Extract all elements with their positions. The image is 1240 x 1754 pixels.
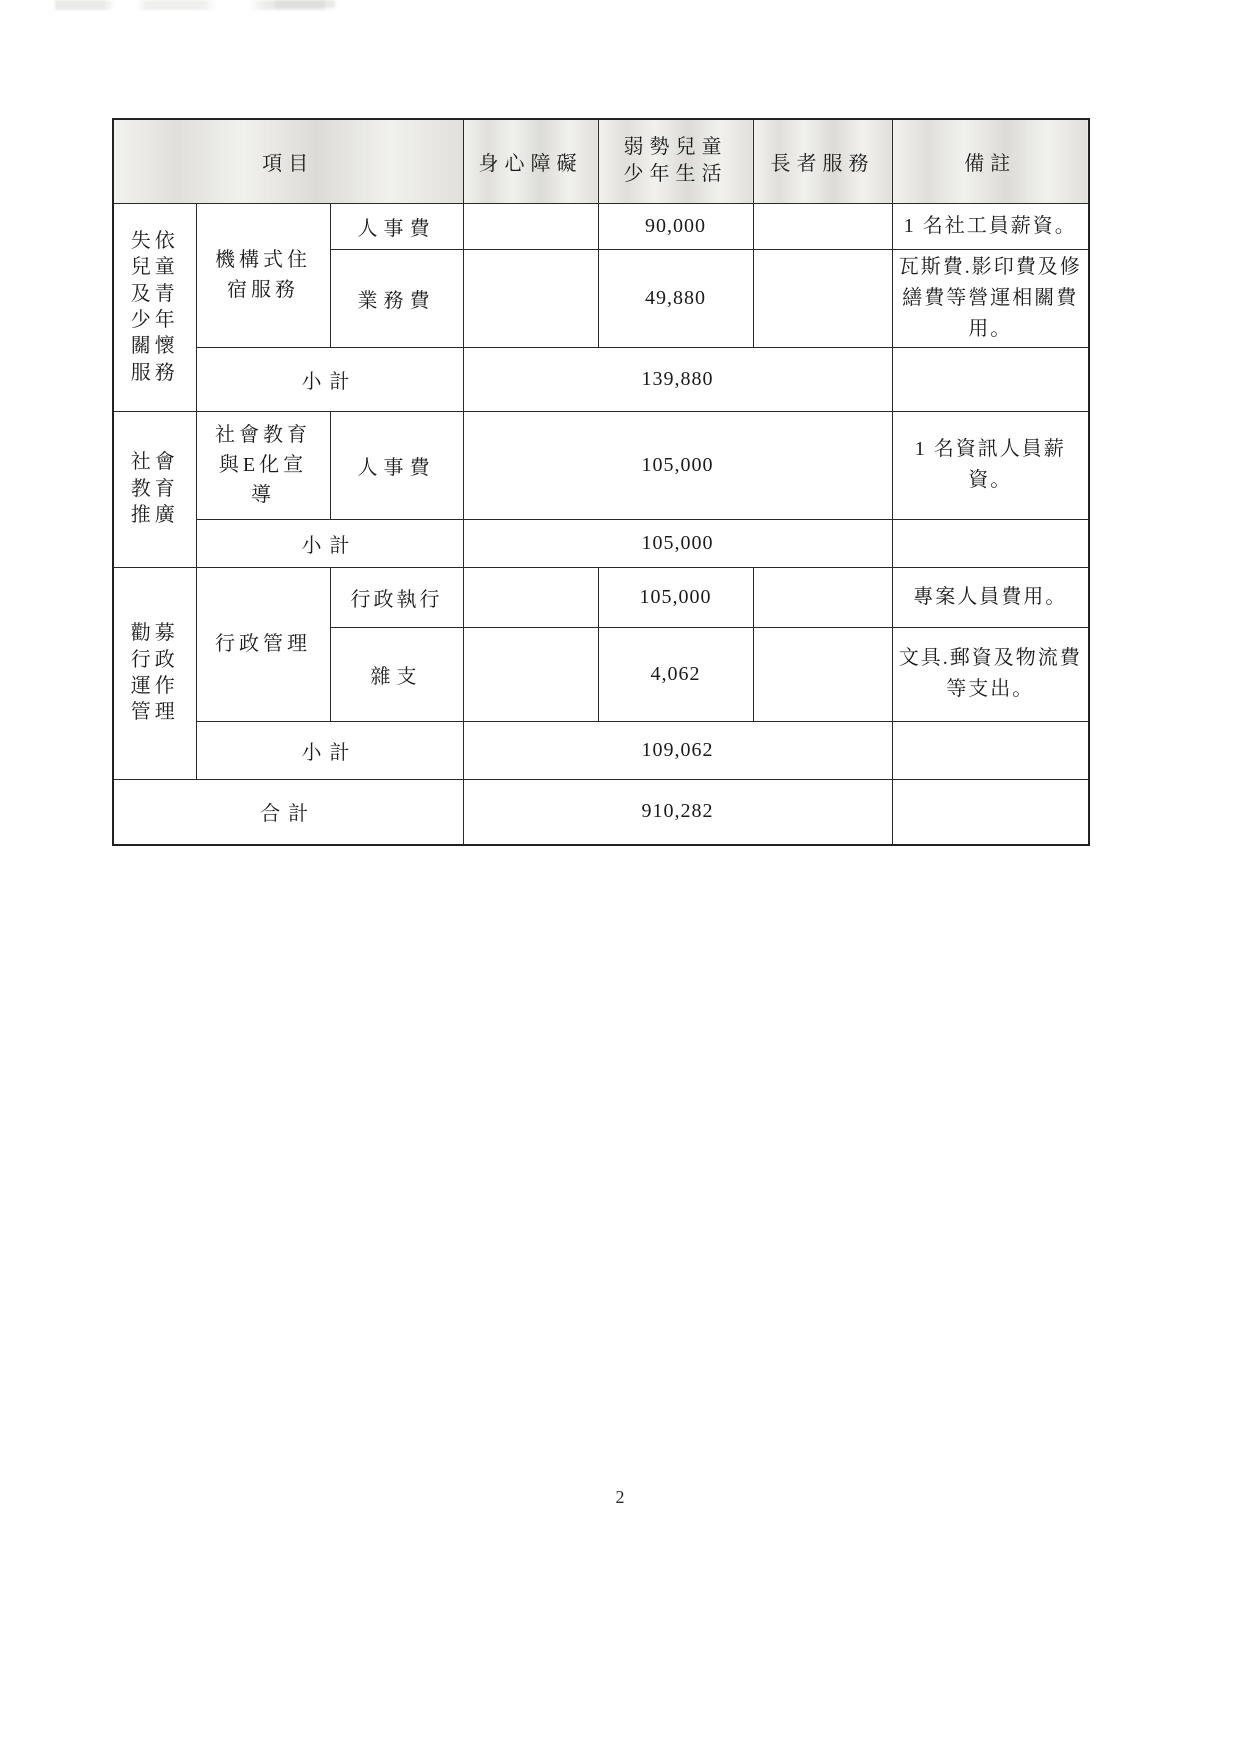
group3-label: 勸募 行政 運作 管理 <box>113 567 196 779</box>
group3-row2-remark: 文具.郵資及物流費等支出。 <box>892 627 1089 721</box>
header-row: 項目 身心障礙 弱勢兒童 少年生活 長者服務 備註 <box>113 119 1089 203</box>
total-row: 合計 910,282 <box>113 779 1089 845</box>
subtotal-row: 小計 109,062 <box>113 721 1089 779</box>
header-disability: 身心障礙 <box>463 119 598 203</box>
group3-subtotal-remark-cell <box>892 721 1089 779</box>
total-label: 合計 <box>113 779 463 845</box>
total-remark-cell <box>892 779 1089 845</box>
group2-row1-type: 人事費 <box>330 411 463 519</box>
table-row: 勸募 行政 運作 管理 行政管理 行政執行 105,000 專案人員費用。 <box>113 567 1089 627</box>
group3-row2-type: 雜支 <box>330 627 463 721</box>
group2-row1-children-value: 105,000 <box>463 411 892 519</box>
group1-subtotal-label: 小計 <box>196 347 463 411</box>
group1-row2-elderly-cell <box>753 249 892 347</box>
group1-subgroup-label: 機構式住 宿服務 <box>196 203 330 347</box>
page-number: 2 <box>0 1487 1240 1508</box>
header-elderly: 長者服務 <box>753 119 892 203</box>
group3-subgroup-label: 行政管理 <box>196 567 330 721</box>
group3-subtotal-label: 小計 <box>196 721 463 779</box>
subtotal-row: 小計 139,880 <box>113 347 1089 411</box>
group1-row2-children-value: 49,880 <box>598 249 753 347</box>
group1-row2-disability-cell <box>463 249 598 347</box>
total-value: 910,282 <box>463 779 892 845</box>
group1-subtotal-remark-cell <box>892 347 1089 411</box>
group3-row2-disability-cell <box>463 627 598 721</box>
group1-row2-remark: 瓦斯費.影印費及修繕費等營運相關費用。 <box>892 249 1089 347</box>
group3-subtotal-value: 109,062 <box>463 721 892 779</box>
group3-row1-remark: 專案人員費用。 <box>892 567 1089 627</box>
group2-subtotal-label: 小計 <box>196 519 463 567</box>
header-children: 弱勢兒童 少年生活 <box>598 119 753 203</box>
group2-label: 社會 教育 推廣 <box>113 411 196 567</box>
scan-artifact <box>275 0 335 8</box>
header-item: 項目 <box>113 119 463 203</box>
group1-row1-type: 人事費 <box>330 203 463 249</box>
group1-row1-elderly-cell <box>753 203 892 249</box>
group3-row1-children-value: 105,000 <box>598 567 753 627</box>
table-row: 失依 兒童 及青 少年 關懷 服務 機構式住 宿服務 人事費 90,000 1 … <box>113 203 1089 249</box>
group1-subtotal-value: 139,880 <box>463 347 892 411</box>
group2-subtotal-value: 105,000 <box>463 519 892 567</box>
group3-row2-elderly-cell <box>753 627 892 721</box>
group3-row2-children-value: 4,062 <box>598 627 753 721</box>
group1-row1-children-value: 90,000 <box>598 203 753 249</box>
group1-label: 失依 兒童 及青 少年 關懷 服務 <box>113 203 196 411</box>
document-page: 項目 身心障礙 弱勢兒童 少年生活 長者服務 備註 失依 兒童 及青 少年 關懷… <box>0 0 1240 1754</box>
subtotal-row: 小計 105,000 <box>113 519 1089 567</box>
group2-row1-remark: 1 名資訊人員薪資。 <box>892 411 1089 519</box>
header-remarks: 備註 <box>892 119 1089 203</box>
group3-row1-disability-cell <box>463 567 598 627</box>
group2-subtotal-remark-cell <box>892 519 1089 567</box>
group3-row1-elderly-cell <box>753 567 892 627</box>
group1-row2-type: 業務費 <box>330 249 463 347</box>
group1-row1-remark: 1 名社工員薪資。 <box>892 203 1089 249</box>
table-row: 社會 教育 推廣 社會教育 與E化宣 導 人事費 105,000 1 名資訊人員… <box>113 411 1089 519</box>
group1-row1-disability-cell <box>463 203 598 249</box>
group3-row1-type: 行政執行 <box>330 567 463 627</box>
budget-table: 項目 身心障礙 弱勢兒童 少年生活 長者服務 備註 失依 兒童 及青 少年 關懷… <box>112 118 1090 846</box>
group2-subgroup-label: 社會教育 與E化宣 導 <box>196 411 330 519</box>
